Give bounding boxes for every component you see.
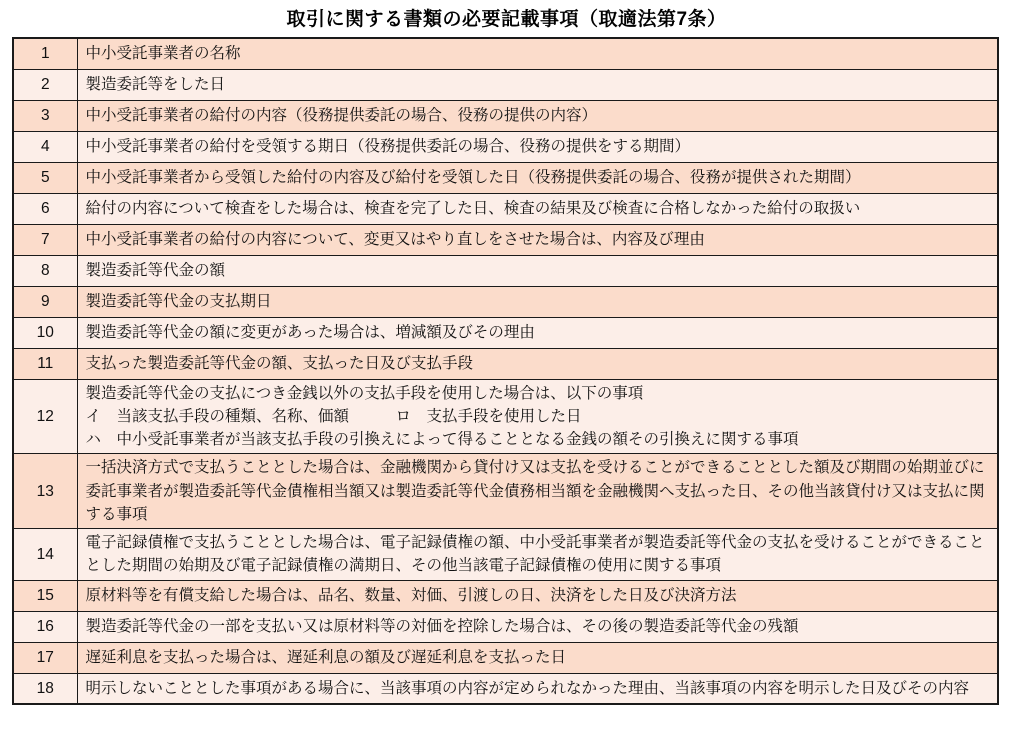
table-row: 9製造委託等代金の支払期日 <box>13 286 998 317</box>
row-number: 11 <box>13 348 77 379</box>
table-row: 14電子記録債権で支払うこととした場合は、電子記録債権の額、中小受託事業者が製造… <box>13 529 998 581</box>
row-description: 遅延利息を支払った場合は、遅延利息の額及び遅延利息を支払った日 <box>77 642 998 673</box>
row-number: 4 <box>13 131 77 162</box>
table-row: 6給付の内容について検査をした場合は、検査を完了した日、検査の結果及び検査に合格… <box>13 193 998 224</box>
row-description: 明示しないこととした事項がある場合に、当該事項の内容が定められなかった理由、当該… <box>77 673 998 704</box>
row-number: 6 <box>13 193 77 224</box>
table-row: 13一括決済方式で支払うこととした場合は、金融機関から貸付け又は支払を受けること… <box>13 454 998 529</box>
row-number: 18 <box>13 673 77 704</box>
row-description: 製造委託等代金の支払につき金銭以外の支払手段を使用した場合は、以下の事項イ 当該… <box>77 379 998 454</box>
row-description: 製造委託等をした日 <box>77 69 998 100</box>
table-body: 1中小受託事業者の名称2製造委託等をした日3中小受託事業者の給付の内容（役務提供… <box>13 38 998 704</box>
table-row: 15原材料等を有償支給した場合は、品名、数量、対価、引渡しの日、決済をした日及び… <box>13 580 998 611</box>
row-number: 14 <box>13 529 77 581</box>
row-number: 15 <box>13 580 77 611</box>
row-description: 製造委託等代金の額に変更があった場合は、増減額及びその理由 <box>77 317 998 348</box>
table-row: 8製造委託等代金の額 <box>13 255 998 286</box>
row-number: 13 <box>13 454 77 529</box>
row-number: 5 <box>13 162 77 193</box>
row-number: 9 <box>13 286 77 317</box>
row-description: 給付の内容について検査をした場合は、検査を完了した日、検査の結果及び検査に合格し… <box>77 193 998 224</box>
row-description-line: イ 当該支払手段の種類、名称、価額 ロ 支払手段を使用した日 <box>86 405 990 428</box>
table-row: 3中小受託事業者の給付の内容（役務提供委託の場合、役務の提供の内容） <box>13 100 998 131</box>
row-number: 12 <box>13 379 77 454</box>
table-row: 16製造委託等代金の一部を支払い又は原材料等の対価を控除した場合は、その後の製造… <box>13 611 998 642</box>
row-description: 製造委託等代金の支払期日 <box>77 286 998 317</box>
row-description: 電子記録債権で支払うこととした場合は、電子記録債権の額、中小受託事業者が製造委託… <box>77 529 998 581</box>
table-row: 18明示しないこととした事項がある場合に、当該事項の内容が定められなかった理由、… <box>13 673 998 704</box>
row-number: 1 <box>13 38 77 69</box>
row-description: 支払った製造委託等代金の額、支払った日及び支払手段 <box>77 348 998 379</box>
table-row: 7中小受託事業者の給付の内容について、変更又はやり直しをさせた場合は、内容及び理… <box>13 224 998 255</box>
row-description: 中小受託事業者の給付の内容について、変更又はやり直しをさせた場合は、内容及び理由 <box>77 224 998 255</box>
row-number: 8 <box>13 255 77 286</box>
row-number: 16 <box>13 611 77 642</box>
page-title: 取引に関する書類の必要記載事項（取適法第7条） <box>0 0 1013 37</box>
table-row: 1中小受託事業者の名称 <box>13 38 998 69</box>
table-row: 5中小受託事業者から受領した給付の内容及び給付を受領した日（役務提供委託の場合、… <box>13 162 998 193</box>
row-description: 中小受託事業者から受領した給付の内容及び給付を受領した日（役務提供委託の場合、役… <box>77 162 998 193</box>
row-description: 中小受託事業者の給付の内容（役務提供委託の場合、役務の提供の内容） <box>77 100 998 131</box>
row-description: 原材料等を有償支給した場合は、品名、数量、対価、引渡しの日、決済をした日及び決済… <box>77 580 998 611</box>
required-items-table: 1中小受託事業者の名称2製造委託等をした日3中小受託事業者の給付の内容（役務提供… <box>12 37 999 705</box>
row-description: 製造委託等代金の一部を支払い又は原材料等の対価を控除した場合は、その後の製造委託… <box>77 611 998 642</box>
table-row: 17遅延利息を支払った場合は、遅延利息の額及び遅延利息を支払った日 <box>13 642 998 673</box>
table-row: 2製造委託等をした日 <box>13 69 998 100</box>
row-number: 10 <box>13 317 77 348</box>
table-row: 4中小受託事業者の給付を受領する期日（役務提供委託の場合、役務の提供をする期間） <box>13 131 998 162</box>
row-number: 17 <box>13 642 77 673</box>
row-description: 中小受託事業者の給付を受領する期日（役務提供委託の場合、役務の提供をする期間） <box>77 131 998 162</box>
row-description: 一括決済方式で支払うこととした場合は、金融機関から貸付け又は支払を受けることがで… <box>77 454 998 529</box>
row-description: 製造委託等代金の額 <box>77 255 998 286</box>
document-page: 取引に関する書類の必要記載事項（取適法第7条） 1中小受託事業者の名称2製造委託… <box>0 0 1013 755</box>
table-row: 11支払った製造委託等代金の額、支払った日及び支払手段 <box>13 348 998 379</box>
row-number: 7 <box>13 224 77 255</box>
table-row: 12製造委託等代金の支払につき金銭以外の支払手段を使用した場合は、以下の事項イ … <box>13 379 998 454</box>
row-number: 3 <box>13 100 77 131</box>
row-description: 中小受託事業者の名称 <box>77 38 998 69</box>
row-number: 2 <box>13 69 77 100</box>
row-description-line: 製造委託等代金の支払につき金銭以外の支払手段を使用した場合は、以下の事項 <box>86 382 990 405</box>
table-row: 10製造委託等代金の額に変更があった場合は、増減額及びその理由 <box>13 317 998 348</box>
row-description-line: ハ 中小受託事業者が当該支払手段の引換えによって得ることとなる金銭の額その引換え… <box>86 428 990 451</box>
